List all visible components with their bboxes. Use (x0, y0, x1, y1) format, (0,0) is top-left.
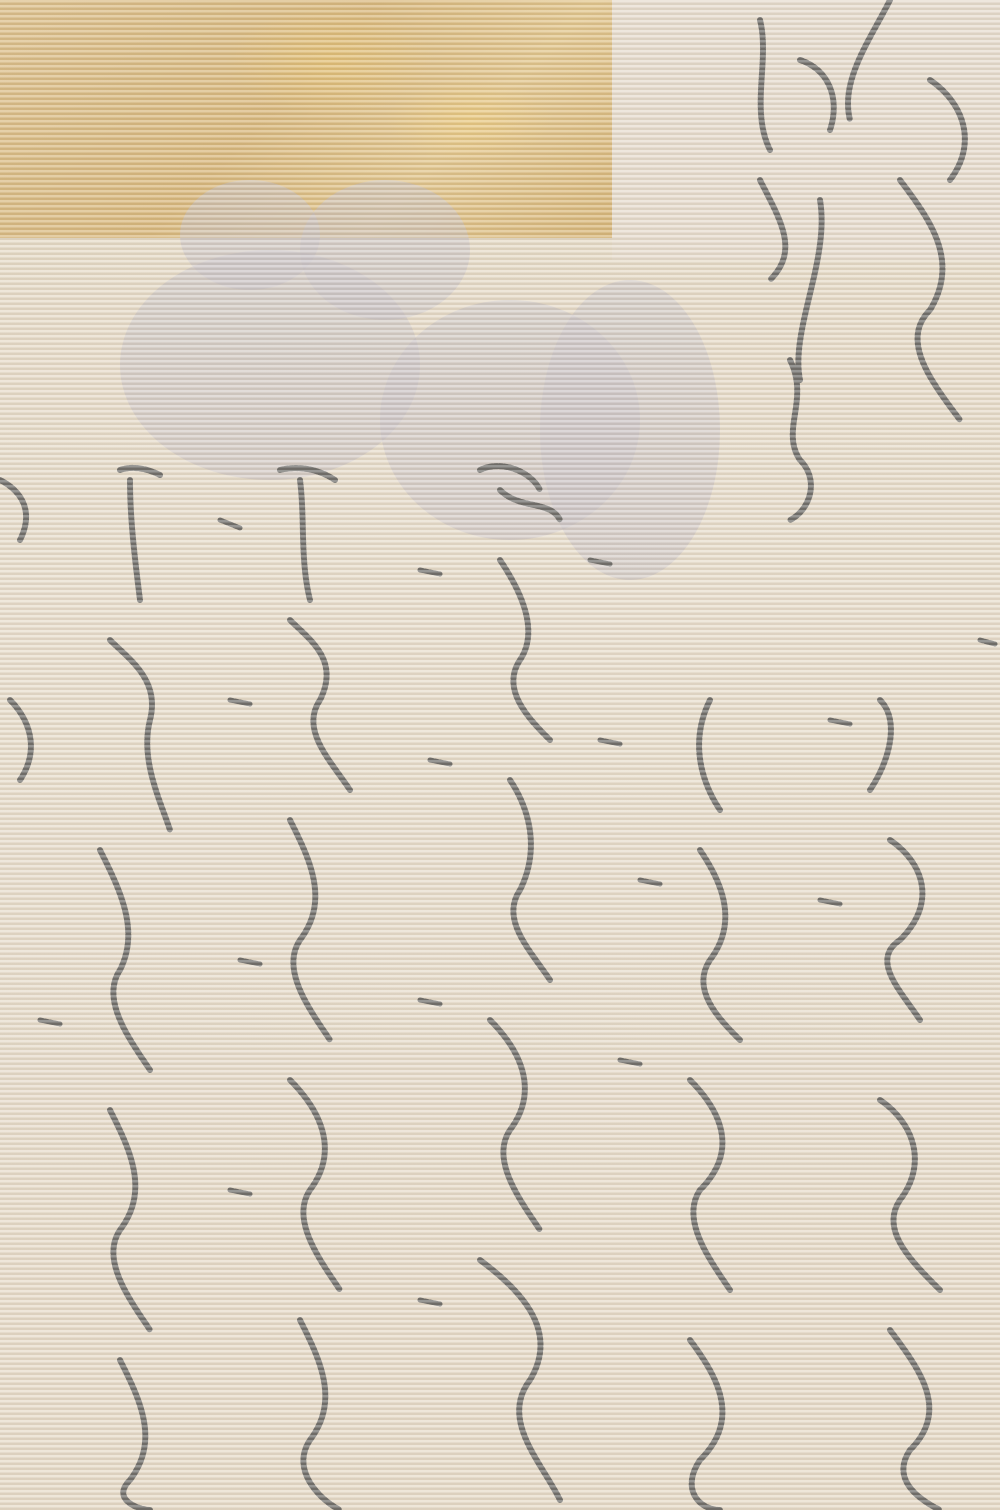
textile-photo (0, 0, 1000, 1510)
calligraphy (0, 0, 1000, 1510)
